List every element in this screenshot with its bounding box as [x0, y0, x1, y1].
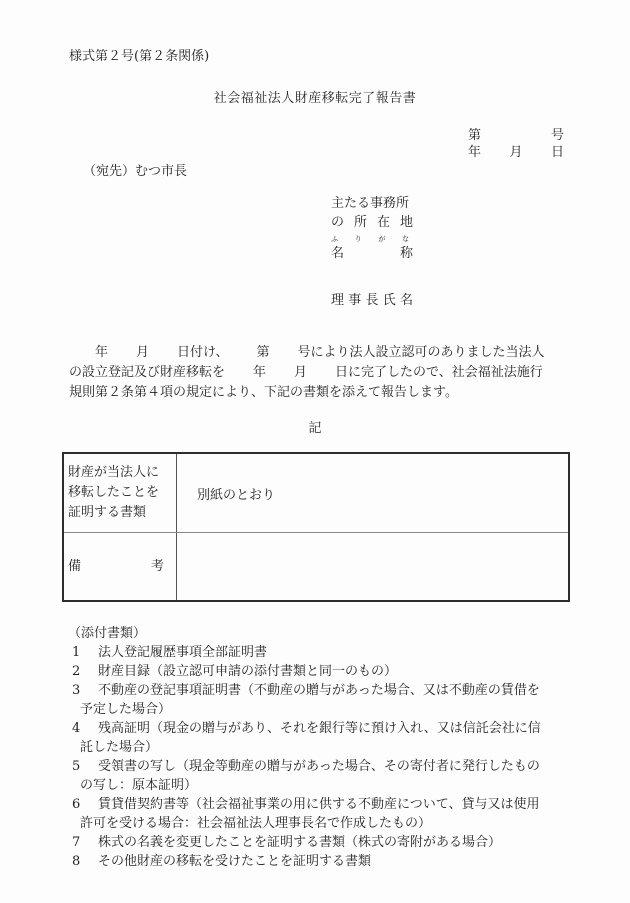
char: 名 [331, 244, 344, 263]
item-text: 財産目録（設立認可申請の添付書類と同一のもの） [86, 662, 568, 681]
label-line: 財産が当法人に [68, 463, 176, 483]
row-label-documents: 財産が当法人に 移転したことを 証明する書類 [63, 453, 177, 533]
item-text: 賃貸借契約書等（社会福祉事業の用に供する不動産について、貸与又は使用 [86, 795, 568, 814]
char: な [402, 235, 409, 244]
office-label-line1: 主たる事務所 [331, 194, 413, 213]
char: 備 [68, 557, 81, 577]
char: 氏 [383, 289, 396, 308]
item-number: 8 [72, 852, 86, 871]
body-text: 日に完了したので、社会福祉法施行 [335, 365, 543, 380]
item-number: 4 [72, 719, 86, 738]
char: り [355, 235, 362, 244]
item-number: 5 [72, 757, 86, 776]
list-item: 8その他財産の移転を受けたことを証明する書類 [72, 852, 568, 871]
item-number: 1 [72, 643, 86, 662]
label-line: 証明する書類 [68, 503, 176, 523]
item-continuation: 予定した場合） [72, 700, 568, 719]
name-label: 名 称 [331, 244, 413, 263]
item-text: その他財産の移転を受けたことを証明する書類 [86, 852, 568, 871]
item-continuation: 許可を受ける場合：社会福祉法人理事長名で作成したもの） [72, 814, 568, 833]
date-month: 月 [509, 141, 522, 160]
report-table: 財産が当法人に 移転したことを 証明する書類 別紙のとおり 備 考 [62, 452, 570, 602]
char: 称 [400, 244, 413, 263]
office-label-line2: の 所 在 地 [331, 213, 413, 232]
item-number: 6 [72, 795, 86, 814]
char: 名 [400, 289, 413, 308]
label-line: 移転したことを [68, 483, 176, 503]
ki-heading: 記 [0, 417, 630, 436]
list-item: 4残高証明（現金の贈与があり、それを銀行等に預け入れ、又は信託会社に信 [72, 719, 568, 738]
document-date: 年 月 日 [468, 141, 564, 160]
date-year: 年 [468, 141, 481, 160]
item-text: 受領書の写し（現金等動産の贈与があった場合、その寄付者に発行したもの [86, 757, 568, 776]
item-number: 7 [72, 833, 86, 852]
item-number: 2 [72, 662, 86, 681]
item-number: 3 [72, 681, 86, 700]
body-line-2: の設立登記及び財産移転を年月日に完了したので、社会福祉法施行 [69, 363, 569, 383]
char: 長 [365, 289, 378, 308]
char: ふ [331, 235, 338, 244]
furigana-label: ふ り が な [331, 235, 409, 244]
body-line-3: 規則第２条第４項の規定により、下記の書類を添えて報告します。 [69, 383, 569, 403]
row-label-remarks: 備 考 [63, 533, 177, 602]
chair-name-label: 理 事 長 氏 名 [331, 289, 413, 308]
date-day: 日 [551, 141, 564, 160]
blank-month: 月 [136, 345, 149, 360]
item-text: 不動産の登記事項証明書（不動産の贈与があった場合、又は不動産の賃借を [86, 681, 568, 700]
list-item: 5受領書の写し（現金等動産の贈与があった場合、その寄付者に発行したもの [72, 757, 568, 776]
table-row: 財産が当法人に 移転したことを 証明する書類 別紙のとおり [63, 453, 569, 533]
applicant-block: 主たる事務所 の 所 在 地 ふ り が な 名 称 [331, 194, 413, 263]
list-item: 6賃貸借契約書等（社会福祉事業の用に供する不動産について、貸与又は使用 [72, 795, 568, 814]
body-text: の設立登記及び財産移転を [69, 365, 225, 380]
blank-day: 日付け、 [177, 345, 228, 360]
blank-number: 第 [257, 345, 270, 360]
blank-month: 月 [294, 365, 307, 380]
char: 理 [331, 289, 344, 308]
char: 事 [348, 289, 361, 308]
char: の [331, 213, 344, 232]
char: 考 [151, 557, 164, 577]
blank-year: 年 [253, 365, 266, 380]
char: 所 [354, 213, 367, 232]
list-item: 3不動産の登記事項証明書（不動産の贈与があった場合、又は不動産の賃借を [72, 681, 568, 700]
table-row: 備 考 [63, 533, 569, 602]
document-title: 社会福祉法人財産移転完了報告書 [0, 87, 630, 106]
list-item: 1法人登記履歴事項全部証明書 [72, 643, 568, 662]
list-item: 2財産目録（設立認可申請の添付書類と同一のもの） [72, 662, 568, 681]
char: 在 [377, 213, 390, 232]
list-item: 7株式の名義を変更したことを証明する書類（株式の寄附がある場合） [72, 833, 568, 852]
char: が [378, 235, 385, 244]
blank-year: 年 [95, 345, 108, 360]
body-line-1: 年月日付け、第号により法人設立認可のありました当法人 [69, 343, 569, 363]
item-continuation: 託した場合） [72, 738, 568, 757]
addressee: （宛先）むつ市長 [83, 160, 187, 179]
row-value-documents: 別紙のとおり [177, 453, 570, 533]
char: 地 [400, 213, 413, 232]
body-text: 号により法人設立認可のありました当法人 [298, 345, 545, 360]
attachments-list: （添付書類） 1法人登記履歴事項全部証明書 2財産目録（設立認可申請の添付書類と… [72, 624, 568, 871]
row-value-remarks [177, 533, 570, 602]
form-number: 様式第２号(第２条関係) [69, 45, 209, 64]
item-continuation: の写し：原本証明） [72, 776, 568, 795]
item-text: 株式の名義を変更したことを証明する書類（株式の寄附がある場合） [86, 833, 568, 852]
item-text: 残高証明（現金の贈与があり、それを銀行等に預け入れ、又は信託会社に信 [86, 719, 568, 738]
item-text: 法人登記履歴事項全部証明書 [86, 643, 568, 662]
body-paragraph: 年月日付け、第号により法人設立認可のありました当法人 の設立登記及び財産移転を年… [69, 343, 569, 403]
attachments-heading: （添付書類） [68, 624, 568, 643]
